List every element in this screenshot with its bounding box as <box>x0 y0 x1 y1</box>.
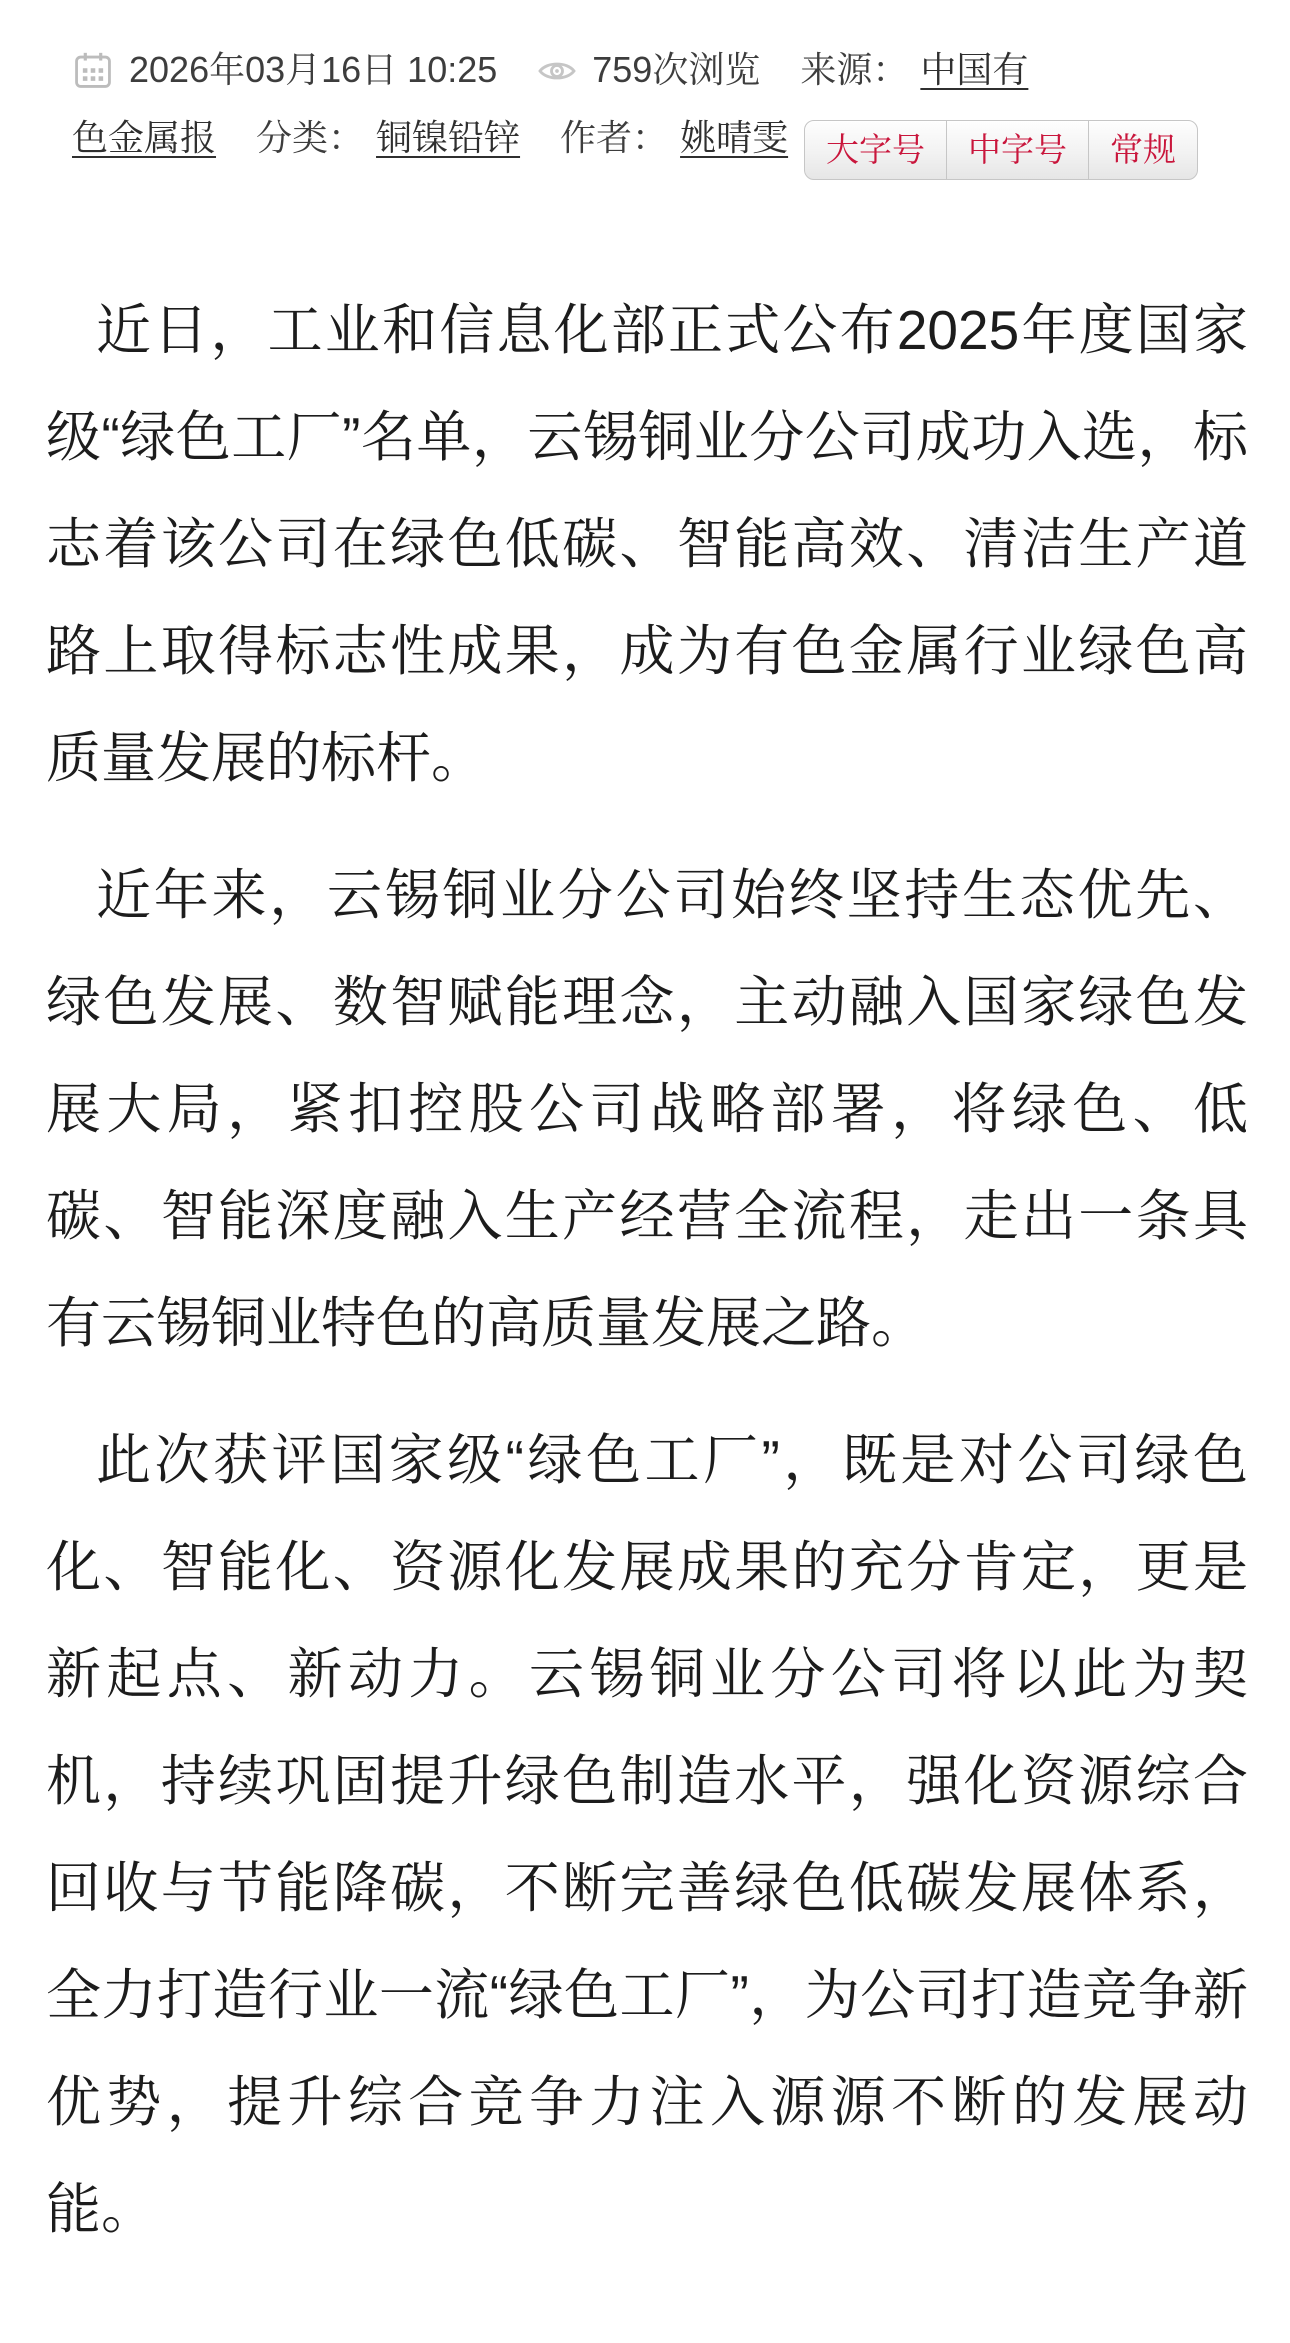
view-count: 759次浏览 <box>592 49 760 90</box>
author-label: 作者： <box>560 117 668 158</box>
font-size-medium-button[interactable]: 中字号 <box>946 120 1089 180</box>
publish-date: 2026年03月16日 10:25 <box>129 49 497 90</box>
source-label: 来源： <box>800 49 908 90</box>
font-size-button-group: 大字号 中字号 常规 <box>804 120 1198 180</box>
category-link[interactable]: 铜镍铅锌 <box>376 117 520 158</box>
eye-icon <box>537 51 577 91</box>
category-label: 分类： <box>256 117 364 158</box>
author-item: 作者：姚晴雯 <box>560 117 788 158</box>
view-count-item: 759次浏览 <box>537 49 760 90</box>
font-size-large-button[interactable]: 大字号 <box>804 120 947 180</box>
article-page: 2026年03月16日 10:25759次浏览来源：中国有色金属报分类：铜镍铅锌… <box>0 0 1290 2343</box>
author-link[interactable]: 姚晴雯 <box>680 117 788 158</box>
article-paragraph-2: 近年来，云锡铜业分公司始终坚持生态优先、绿色发展、数智赋能理念，主动融入国家绿色… <box>46 842 1248 1377</box>
calendar-icon <box>72 49 114 91</box>
publish-date-item: 2026年03月16日 10:25 <box>72 49 497 90</box>
category-item: 分类：铜镍铅锌 <box>256 117 520 158</box>
article-body: 近日，工业和信息化部正式公布2025年度国家级“绿色工厂”名单，云锡铜业分公司成… <box>46 277 1248 2263</box>
article-paragraph-3: 此次获评国家级“绿色工厂”，既是对公司绿色化、智能化、资源化发展成果的充分肯定，… <box>46 1407 1248 2263</box>
font-size-normal-button[interactable]: 常规 <box>1088 120 1198 180</box>
article-paragraph-1: 近日，工业和信息化部正式公布2025年度国家级“绿色工厂”名单，云锡铜业分公司成… <box>46 277 1248 812</box>
